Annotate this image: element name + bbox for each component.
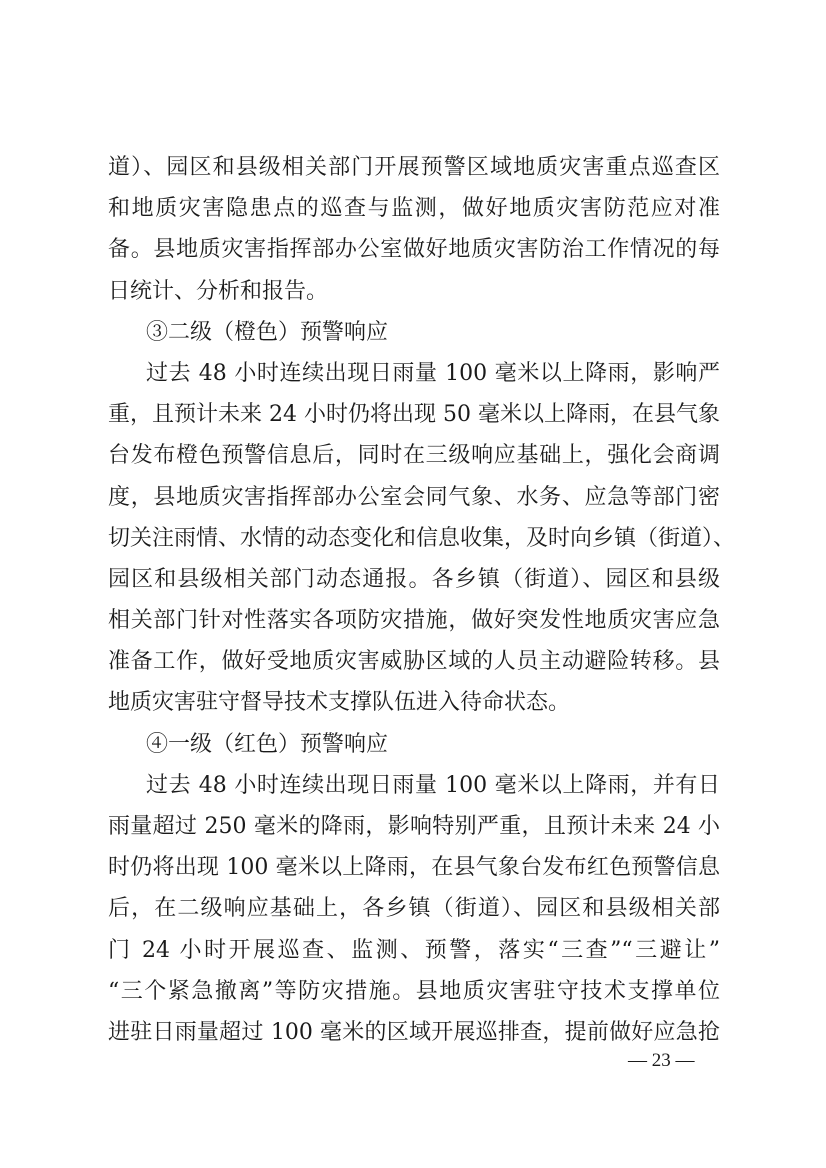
text-line: 园区和县级相关部门动态通报。各乡镇（街道）、园区和县级	[108, 559, 720, 600]
text-line: 度，县地质灾害指挥部办公室会同气象、水务、应急等部门密	[108, 477, 720, 518]
text-line: 台发布橙色预警信息后，同时在三级响应基础上，强化会商调	[108, 435, 720, 476]
text-line: 地质灾害驻守督导技术支撑队伍进入待命状态。	[108, 682, 720, 723]
text-line: 过去 48 小时连续出现日雨量 100 毫米以上降雨，影响严	[108, 353, 720, 394]
section-heading-level2-orange: ③二级（橙色）预警响应	[108, 312, 720, 353]
section-heading-level1-red: ④一级（红色）预警响应	[108, 724, 720, 765]
text-line: “三个紧急撤离”等防灾措施。县地质灾害驻守技术支撑单位	[108, 971, 720, 1012]
text-line: 重，且预计未来 24 小时仍将出现 50 毫米以上降雨，在县气象	[108, 394, 720, 435]
text-line: 准备工作，做好受地质灾害威胁区域的人员主动避险转移。县	[108, 641, 720, 682]
page-number: — 23 —	[628, 1050, 695, 1072]
text-line: 进驻日雨量超过 100 毫米的区域开展巡排查，提前做好应急抢	[108, 1012, 720, 1053]
text-line: 门 24 小时开展巡查、监测、预警，落实“三查”“三避让”	[108, 930, 720, 971]
text-line: 备。县地质灾害指挥部办公室做好地质灾害防治工作情况的每	[108, 229, 720, 270]
text-line: 和地质灾害隐患点的巡查与监测，做好地质灾害防范应对准	[108, 188, 720, 229]
text-line: 雨量超过 250 毫米的降雨，影响特别严重，且预计未来 24 小	[108, 806, 720, 847]
text-line: 日统计、分析和报告。	[108, 271, 720, 312]
text-line: 切关注雨情、水情的动态变化和信息收集，及时向乡镇（街道）、	[108, 518, 720, 559]
text-line: 相关部门针对性落实各项防灾措施，做好突发性地质灾害应急	[108, 600, 720, 641]
document-page: 道）、园区和县级相关部门开展预警区域地质灾害重点巡查区 和地质灾害隐患点的巡查与…	[108, 147, 720, 1053]
text-line: 时仍将出现 100 毫米以上降雨，在县气象台发布红色预警信息	[108, 847, 720, 888]
text-line: 过去 48 小时连续出现日雨量 100 毫米以上降雨，并有日	[108, 765, 720, 806]
text-line: 道）、园区和县级相关部门开展预警区域地质灾害重点巡查区	[108, 147, 720, 188]
text-line: 后，在二级响应基础上，各乡镇（街道）、园区和县级相关部	[108, 888, 720, 929]
